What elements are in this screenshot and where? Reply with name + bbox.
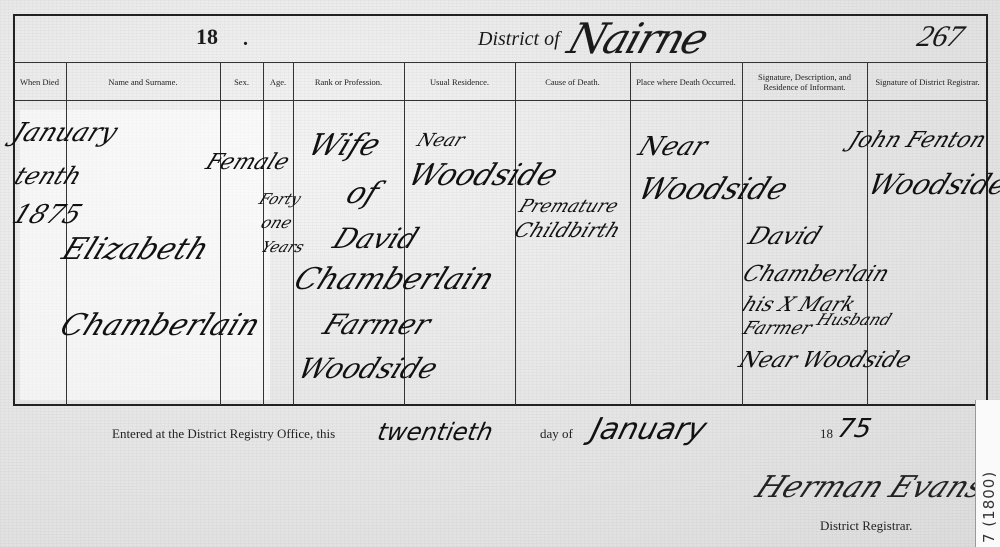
district-label: District of <box>478 28 560 51</box>
entry-age-line3: Years <box>258 238 307 256</box>
entry-first-name: Elizabeth <box>57 232 214 267</box>
column-header-registrar: Signature of District Registrar. <box>867 66 988 98</box>
column-header-cause: Cause of Death. <box>515 66 630 98</box>
registrar-label: District Registrar. <box>820 518 912 534</box>
entry-rank-occupation: Farmer <box>318 308 435 341</box>
entry-informant-first: David <box>744 222 825 250</box>
footer-year-prefix: 18 <box>820 426 833 442</box>
entry-rank-wife: Wife <box>303 128 386 163</box>
column-divider <box>630 62 631 405</box>
header-top-rule <box>13 62 988 63</box>
column-divider <box>293 62 294 405</box>
entry-residence-near: Near <box>414 130 468 151</box>
header-bottom-rule <box>13 100 988 101</box>
entry-registrar-place: Woodside <box>863 168 1000 201</box>
entry-surname: Chamberlain <box>55 308 265 343</box>
column-divider <box>263 62 264 405</box>
entry-sex: Female <box>202 150 293 175</box>
entry-rank-husband-surname: Chamberlain <box>289 262 499 297</box>
registrar-signature: Herman Evans <box>750 470 991 505</box>
entry-place-near: Near <box>634 132 712 162</box>
title-year-prefix: 18 <box>196 24 218 50</box>
entry-when-died-year: 1875 <box>8 200 86 230</box>
column-header-rank: Rank or Profession. <box>293 66 404 98</box>
entry-registrar-name: John Fenton <box>845 128 990 153</box>
entry-when-died-day: tenth <box>10 162 86 190</box>
entry-age-line1: Forty <box>256 190 304 208</box>
column-header-when-died: When Died <box>13 66 66 98</box>
entry-residence-place: Woodside <box>403 158 563 193</box>
entry-informant-relation: Husband <box>814 310 894 329</box>
footer-month-value: January <box>587 412 710 447</box>
column-header-informant: Signature, Description, and Residence of… <box>742 66 867 98</box>
column-header-sex: Sex. <box>220 66 263 98</box>
footer-entered-label: Entered at the District Registry Office,… <box>112 426 335 442</box>
column-header-name: Name and Surname. <box>66 66 220 98</box>
entry-cause-line2: Childbirth <box>511 218 624 242</box>
column-header-age: Age. <box>263 66 293 98</box>
side-strip-text: 7 (1800) <box>980 408 994 543</box>
column-header-place: Place where Death Occurred. <box>630 66 742 98</box>
entry-informant-occupation: Farmer <box>740 318 815 339</box>
entry-when-died-month: January <box>8 118 122 148</box>
entry-rank-husband-first: David <box>328 222 423 255</box>
entry-cause-line1: Premature <box>516 196 622 217</box>
column-divider <box>66 62 67 405</box>
column-divider <box>220 62 221 405</box>
district-name: Nairne <box>562 14 713 63</box>
entry-informant-residence: Near Woodside <box>735 348 915 373</box>
entry-place-name: Woodside <box>633 172 793 207</box>
entry-rank-residence: Woodside <box>293 352 443 385</box>
entry-informant-surname: Chamberlain <box>739 262 893 287</box>
footer-day-of-label: day of <box>540 426 573 442</box>
column-header-residence: Usual Residence. <box>404 66 515 98</box>
footer-year-suffix: 75 <box>835 414 873 444</box>
footer-day-value: twentieth <box>375 418 495 446</box>
title-dot: . <box>243 28 248 51</box>
entry-number: 267 <box>913 20 967 54</box>
